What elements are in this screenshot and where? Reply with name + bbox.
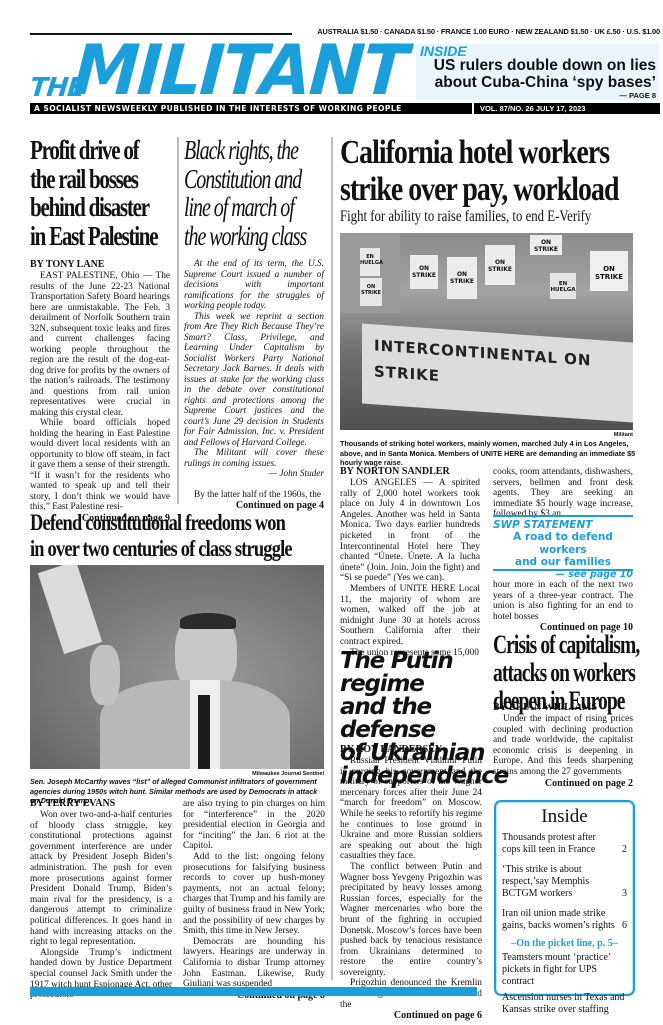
subhead-hotel: Fight for ability to raise families, to … bbox=[340, 208, 660, 226]
inside-teaser-headline[interactable]: US rulers double down on lies about Cuba… bbox=[422, 57, 656, 91]
paragraph: Russian President Vladimir Putin is purg… bbox=[340, 756, 482, 862]
strike-banner: INTERCONTINENTAL ON STRIKE bbox=[362, 324, 633, 423]
headline-line: in over two centuries of class struggle bbox=[30, 536, 334, 562]
paragraph: Add to the list: ongoing felony prosecut… bbox=[183, 852, 325, 937]
swp-title-line: A road to defend workers bbox=[493, 531, 633, 556]
byline: BY NORTON SANDLER bbox=[340, 466, 480, 478]
headline-rail[interactable]: Profit drive of the rail bosses behind d… bbox=[30, 136, 175, 250]
inside-teaser-line-2: about Cuba-China ‘spy bases’ bbox=[422, 74, 656, 91]
picket-sign: EN HUELGA bbox=[360, 248, 380, 276]
headline-line: line of march of bbox=[184, 193, 329, 222]
inside-item-page: 2 bbox=[622, 844, 627, 856]
article-hotel-col1: BY NORTON SANDLER LOS ANGELES — A spirit… bbox=[340, 466, 480, 658]
headline-line: Crisis of capitalism, bbox=[493, 631, 643, 659]
continued-link[interactable]: Continued on page 6 bbox=[340, 1010, 482, 1021]
picket-sign: ON STRIKE bbox=[530, 235, 562, 255]
continued-link[interactable]: Continued on page 2 bbox=[493, 778, 633, 789]
headline-line: Constitution and bbox=[184, 165, 329, 194]
bottom-accent-bar bbox=[30, 987, 477, 996]
inside-item[interactable]: ‘This strike is about respect,’say Memph… bbox=[502, 864, 627, 900]
headline-line: attacks on workers bbox=[493, 659, 643, 687]
paragraph: EAST PALESTINE, Ohio — The results of th… bbox=[30, 271, 170, 418]
photo-caption: Thousands of striking hotel workers, mai… bbox=[340, 439, 636, 468]
article-black-rights-body: At the end of its term, the U.S. Supreme… bbox=[184, 259, 324, 511]
paragraph: Won over two-and-a-half centuries of blo… bbox=[30, 810, 172, 948]
headline-line: Black rights, the bbox=[184, 136, 329, 165]
tagline-divider bbox=[472, 103, 474, 114]
headline-line: the working class bbox=[184, 222, 329, 251]
inside-box-title: Inside bbox=[502, 806, 627, 828]
inside-item-page: 6 bbox=[622, 920, 627, 932]
swp-title-line: and our families bbox=[493, 556, 633, 569]
headline-line: behind disaster bbox=[30, 193, 175, 222]
headline-line: Profit drive of bbox=[30, 136, 175, 165]
picket-sign: ON STRIKE bbox=[360, 278, 382, 306]
article-europe-body: BY BRIAN WILLIAMS Under the impact of ri… bbox=[493, 702, 633, 789]
headline-line: strike over pay, workload bbox=[340, 171, 652, 208]
swp-rule-bottom bbox=[493, 569, 633, 571]
logo-militant: MILITANT bbox=[71, 36, 408, 105]
article-rail: Profit drive of the rail bosses behind d… bbox=[30, 136, 175, 250]
article-rail-body: BY TONY LANE EAST PALESTINE, Ohio — The … bbox=[30, 259, 170, 524]
photo-mccarthy bbox=[30, 565, 324, 769]
picket-line-header[interactable]: –On the picket line, p. 5– bbox=[502, 938, 627, 949]
inside-teaser-page: — PAGE 8 bbox=[560, 91, 656, 100]
byline: BY TONY LANE bbox=[30, 259, 170, 271]
paragraph: The conflict between Putin and Wagner bo… bbox=[340, 862, 482, 979]
headline-freedoms[interactable]: Defend constitutional freedoms won in ov… bbox=[30, 510, 334, 562]
paragraph: hour more in each of the next two years … bbox=[493, 580, 633, 622]
paragraph: While board officials hoped holding the … bbox=[30, 418, 170, 513]
headline-line: and the defense bbox=[340, 696, 490, 742]
inside-item-text: ‘This strike is about respect,’say Memph… bbox=[502, 864, 627, 900]
volume-date: VOL. 87/NO. 26 JULY 17, 2023 bbox=[480, 103, 585, 114]
headline-hotel[interactable]: California hotel workers strike over pay… bbox=[340, 134, 652, 208]
picket-sign: EN HUELGA bbox=[550, 273, 576, 299]
inside-item-page: 3 bbox=[622, 888, 627, 900]
paragraph: Democrats are hounding his lawyers. Hear… bbox=[183, 937, 325, 990]
picket-sign: ON STRIKE bbox=[485, 245, 515, 285]
article-putin-body: BY ROY LANDERSEN Russian President Vladi… bbox=[340, 744, 482, 1021]
inside-item-text: Iran oil union made strike gains, backs … bbox=[502, 908, 627, 932]
inside-box: Inside Thousands protest after cops kill… bbox=[494, 800, 635, 996]
headline-line: Defend constitutional freedoms won bbox=[30, 510, 334, 536]
byline: BY ROY LANDERSEN bbox=[340, 744, 482, 756]
article-freedoms-col2: are also trying to pin charges on him fo… bbox=[183, 799, 325, 1001]
inside-item[interactable]: Thousands protest after cops kill teen i… bbox=[502, 832, 627, 856]
article-freedoms-col1: BY TERRY EVANS Won over two-and-a-half c… bbox=[30, 798, 172, 1001]
byline: BY BRIAN WILLIAMS bbox=[493, 702, 633, 714]
swp-rule-top bbox=[493, 515, 633, 517]
paragraph: The Militant will cover these rulings in… bbox=[184, 448, 324, 469]
paragraph: are also trying to pin charges on him fo… bbox=[183, 799, 325, 852]
swp-label: SWP STATEMENT bbox=[493, 519, 633, 531]
headline-line: California hotel workers bbox=[340, 134, 652, 171]
picket-item[interactable]: Ascension nurses in Texas and Kansas str… bbox=[502, 992, 627, 1016]
headline-line: the rail bosses bbox=[30, 165, 175, 194]
article-hotel-col2-bottom: hour more in each of the next two years … bbox=[493, 580, 633, 633]
headline-line: The Putin regime bbox=[340, 650, 490, 696]
paragraph: Under the impact of rising prices couple… bbox=[493, 714, 633, 778]
byline: BY TERRY EVANS bbox=[30, 798, 172, 810]
photo-hotel-strike: EN HUELGA ON STRIKE ON STRIKE ON STRIKE … bbox=[340, 233, 633, 430]
column-rule bbox=[177, 137, 179, 504]
inside-item-text: Thousands protest after cops kill teen i… bbox=[502, 832, 627, 856]
article-hotel-col2-top: cooks, room attendants, dishwashers, ser… bbox=[493, 467, 633, 520]
signature: — John Studer bbox=[184, 469, 324, 480]
headline-black-rights[interactable]: Black rights, the Constitution and line … bbox=[184, 136, 329, 250]
paragraph: Members of UNITE HERE Local 11, the majo… bbox=[340, 584, 480, 648]
picket-sign: ON STRIKE bbox=[447, 257, 477, 299]
paragraph: By the latter half of the 1960s, the bbox=[184, 490, 324, 501]
tagline: A SOCIALIST NEWSWEEKLY PUBLISHED IN THE … bbox=[34, 103, 402, 114]
paragraph: This week we reprint a section from Are … bbox=[184, 312, 324, 449]
inside-item[interactable]: Iran oil union made strike gains, backs … bbox=[502, 908, 627, 932]
picket-sign: ON STRIKE bbox=[590, 251, 628, 291]
headline-line: in East Palestine bbox=[30, 222, 175, 251]
picket-sign: ON STRIKE bbox=[410, 255, 438, 289]
photo-credit: Militant bbox=[560, 432, 633, 438]
inside-teaser-line-1: US rulers double down on lies bbox=[422, 57, 656, 74]
paragraph: LOS ANGELES — A spirited rally of 2,000 … bbox=[340, 478, 480, 584]
picket-item[interactable]: Teamsters mount ‘practice’ pickets in fi… bbox=[502, 952, 627, 988]
paragraph: At the end of its term, the U.S. Supreme… bbox=[184, 259, 324, 312]
article-black-rights: Black rights, the Constitution and line … bbox=[184, 136, 329, 250]
